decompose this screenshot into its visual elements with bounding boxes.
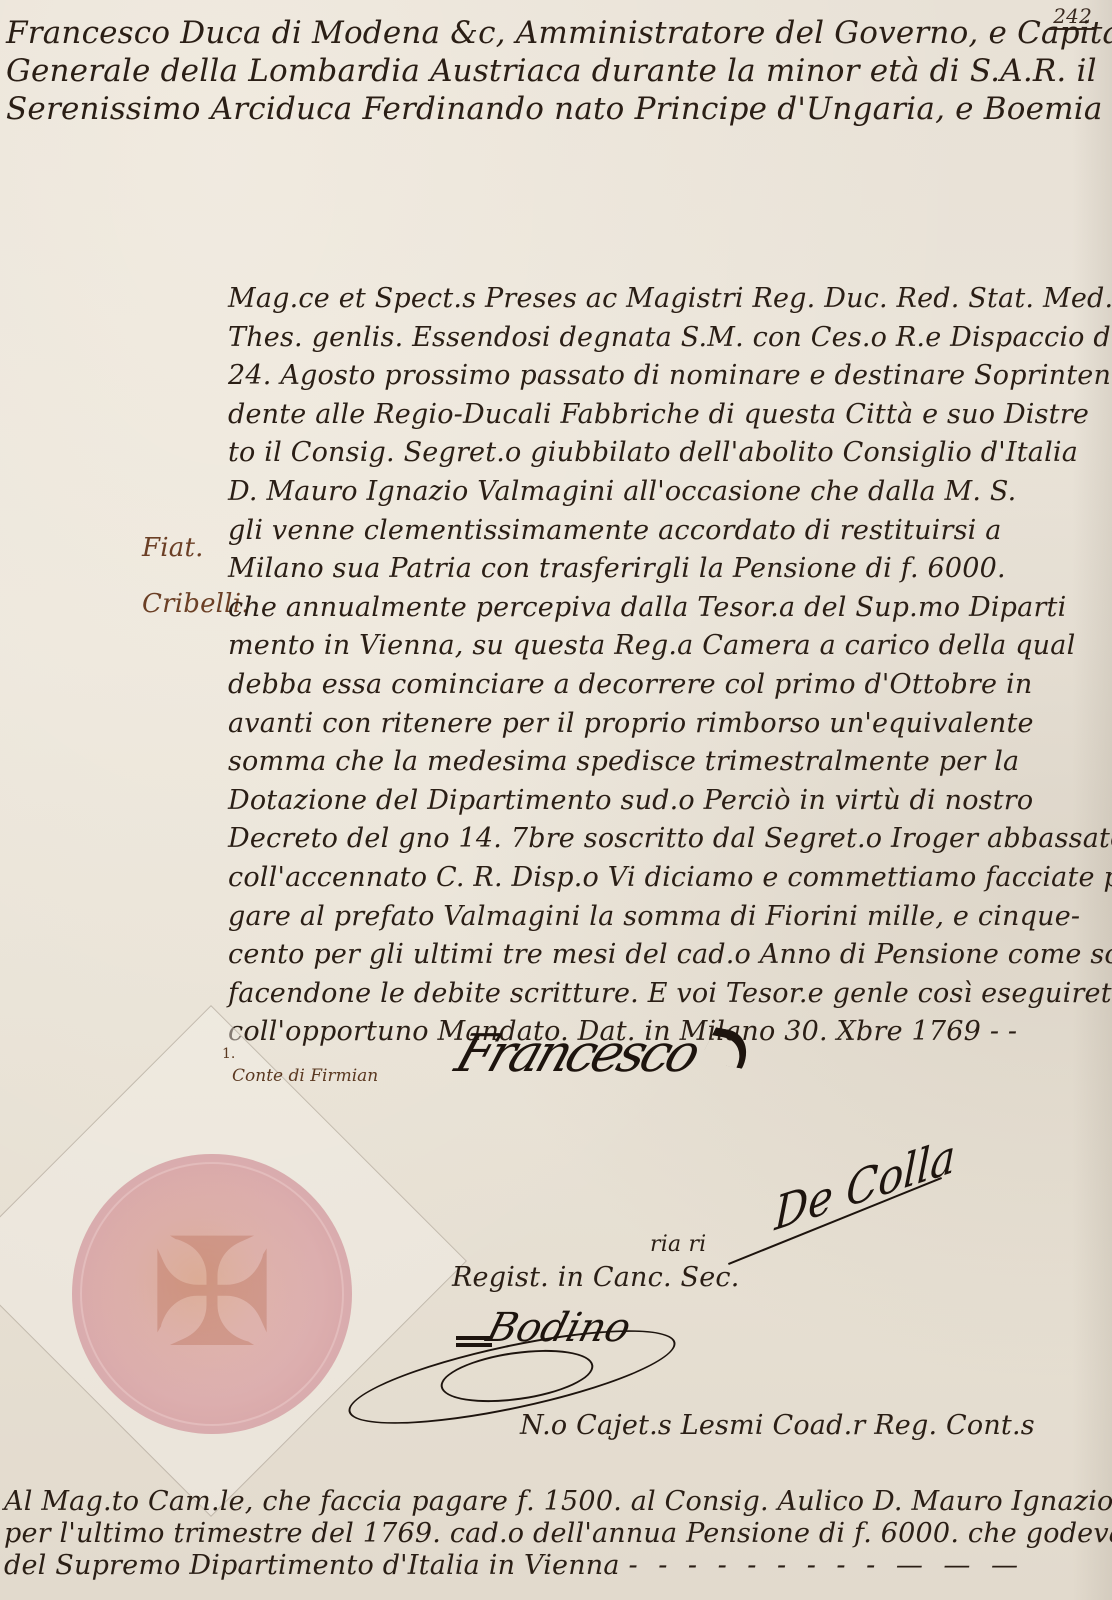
decree-body: Mag.ce et Spect.s Preses ac Magistri Reg… [228, 280, 1108, 1052]
body-line: Decreto del gno 14. 7bre soscritto dal S… [228, 820, 1108, 859]
footer-annotation: Al Mag.to Cam.le, che faccia pagare f. 1… [4, 1486, 1104, 1582]
footer-trailing-dashes: - - - - - - - - - — — — [628, 1550, 1024, 1581]
body-line: dente alle Regio-Ducali Fabbriche di que… [228, 396, 1108, 435]
signature-flourish-icon [700, 1027, 759, 1068]
body-line: coll'accennato C. R. Disp.o Vi diciamo e… [228, 859, 1108, 898]
signature-francesco: Francesco [448, 1024, 760, 1084]
signature-decolla: De Colla [774, 1129, 956, 1242]
heading-line: Serenissimo Arciduca Ferdinando nato Pri… [6, 90, 1106, 128]
note-mark: 1. [222, 1046, 235, 1062]
footer-line: per l'ultimo trimestre del 1769. cad.o d… [4, 1518, 1104, 1550]
body-line: cento per gli ultimi tre mesi del cad.o … [228, 936, 1108, 975]
double-headed-eagle-icon: ✠ [72, 1154, 352, 1434]
body-line: D. Mauro Ignazio Valmagini all'occasione… [228, 473, 1108, 512]
body-line: gare al prefato Valmagini la somma di Fi… [228, 898, 1108, 937]
body-line: Thes. genlis. Essendosi degnata S.M. con… [228, 319, 1108, 358]
document-heading: Francesco Duca di Modena &c, Amministrat… [6, 14, 1106, 128]
body-line: Milano sua Patria con trasferirgli la Pe… [228, 550, 1108, 589]
body-line: Mag.ce et Spect.s Preses ac Magistri Reg… [228, 280, 1108, 319]
footer-line-text: del Supremo Dipartimento d'Italia in Vie… [4, 1550, 620, 1581]
heading-line: Generale della Lombardia Austriaca duran… [6, 52, 1106, 90]
body-line: facendone le debite scritture. E voi Tes… [228, 975, 1108, 1014]
wax-seal: ✠ [72, 1154, 352, 1434]
body-line: che annualmente percepiva dalla Tesor.a … [228, 589, 1108, 628]
body-line: to il Consig. Segret.o giubbilato dell'a… [228, 434, 1108, 473]
manuscript-page: 242 Francesco Duca di Modena &c, Amminis… [0, 0, 1112, 1600]
body-line: 24. Agosto prossimo passato di nominare … [228, 357, 1108, 396]
registration-superscript: ria ri [650, 1232, 706, 1257]
signature-francesco-text: Francesco [448, 1024, 704, 1084]
footer-line: del Supremo Dipartimento d'Italia in Vie… [4, 1550, 1104, 1582]
body-line: debba essa cominciare a decorrere col pr… [228, 666, 1108, 705]
note-conte-firmian: Conte di Firmian [232, 1066, 378, 1086]
heading-line: Francesco Duca di Modena &c, Amministrat… [6, 14, 1106, 52]
body-line: somma che la medesima spedisce trimestra… [228, 743, 1108, 782]
body-line: avanti con ritenere per il proprio rimbo… [228, 705, 1108, 744]
registration-note: Regist. in Canc. Sec. [452, 1262, 740, 1293]
body-line: mento in Vienna, su questa Reg.a Camera … [228, 627, 1108, 666]
body-line: gli venne clementissimamente accordato d… [228, 512, 1108, 551]
footer-line: Al Mag.to Cam.le, che faccia pagare f. 1… [4, 1486, 1104, 1518]
signature-lesmi: N.o Cajet.s Lesmi Coad.r Reg. Cont.s [520, 1410, 1035, 1441]
body-line: Dotazione del Dipartimento sud.o Perciò … [228, 782, 1108, 821]
